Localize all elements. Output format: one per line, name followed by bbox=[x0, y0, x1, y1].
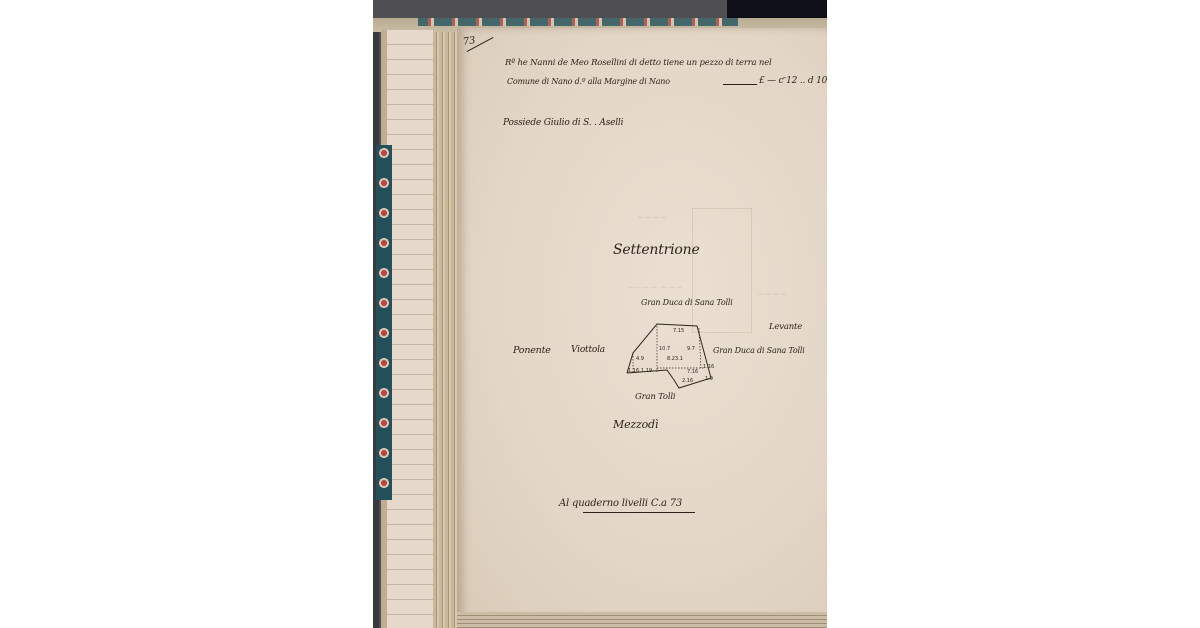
bleed-through-sketch bbox=[692, 208, 752, 333]
compass-west-label: Ponente bbox=[513, 345, 551, 356]
svg-text:1.16: 1.16 bbox=[628, 368, 639, 374]
west-border-label: Viottola bbox=[571, 345, 605, 355]
svg-text:9.7: 9.7 bbox=[687, 346, 695, 352]
folio-number: 73 bbox=[462, 35, 476, 48]
bleed-through-text: ~~~~ ~~~ bbox=[627, 283, 683, 293]
compass-north-label: Settentrione bbox=[613, 242, 700, 258]
compass-south-label: Mezzodì bbox=[613, 418, 658, 431]
entry-amount: £ — ƈ 12 .. d 10 bbox=[759, 76, 827, 86]
entry-line-3: Possiede Giulio di S. . Aselli bbox=[503, 118, 623, 128]
bleed-through-text: ~~~~ bbox=[637, 213, 667, 223]
svg-text:8.23.1: 8.23.1 bbox=[667, 356, 683, 362]
amount-dash bbox=[723, 84, 757, 85]
dark-background-corner bbox=[727, 0, 827, 20]
entry-line-2: Comune di Nano d.º alla Margine di Nano bbox=[507, 77, 670, 86]
page-stack-edges bbox=[433, 32, 457, 628]
north-border-label: Gran Duca di Sana Tolli bbox=[641, 298, 733, 307]
floral-endpaper-spine bbox=[376, 145, 392, 500]
svg-text:1.19: 1.19 bbox=[641, 368, 652, 374]
compass-east-label: Levante bbox=[769, 322, 802, 332]
footer-underline bbox=[583, 512, 695, 513]
entry-line-1: Rº he Nanni de Meo Rosellini di detto ti… bbox=[505, 58, 772, 68]
svg-text:7.15: 7.15 bbox=[673, 328, 684, 334]
svg-text:2.16: 2.16 bbox=[682, 378, 693, 384]
plot-outline-icon: 7.15 10.7 9.7 4.9 8.23.1 7.16 1.19 1.16 … bbox=[619, 318, 719, 398]
svg-text:7.16: 7.16 bbox=[687, 369, 698, 375]
footer-note: Al quaderno livelli C.a 73 bbox=[559, 498, 682, 509]
svg-text:1.9: 1.9 bbox=[705, 376, 713, 382]
east-border-label: Gran Duca di Sana Tolli bbox=[713, 346, 805, 355]
svg-text:1.16: 1.16 bbox=[703, 364, 714, 370]
bleed-through-text: ~~~~ bbox=[757, 290, 787, 300]
manuscript-scan: ~~~~ ~~~~ ~~~ ~~~~ 73 Rº he Nanni de Meo… bbox=[373, 0, 827, 628]
svg-text:10.7: 10.7 bbox=[659, 346, 670, 352]
floral-endpaper-top bbox=[418, 18, 738, 26]
plot-diagram: 7.15 10.7 9.7 4.9 8.23.1 7.16 1.19 1.16 … bbox=[619, 318, 719, 398]
page-bottom-edge bbox=[457, 612, 827, 628]
svg-text:4.9: 4.9 bbox=[636, 356, 644, 362]
